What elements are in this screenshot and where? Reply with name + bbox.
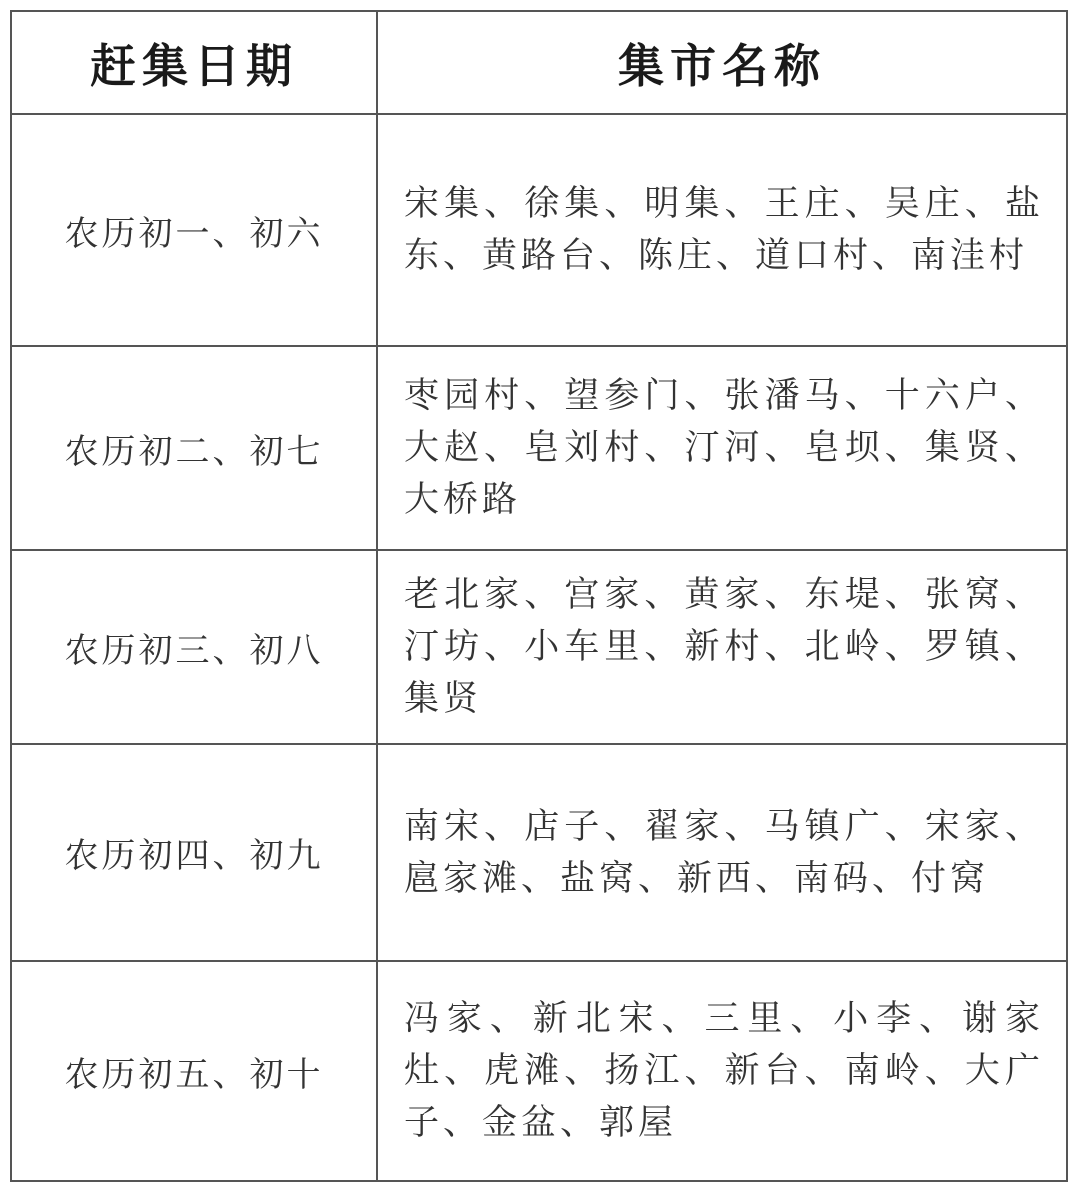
row-date: 农历初二、初七 [11, 346, 377, 550]
market-schedule-table: 赶集日期 集市名称 农历初一、初六 宋集、徐集、明集、王庄、吴庄、盐东、黄路台、… [10, 10, 1068, 1182]
table-row: 农历初三、初八 老北家、宫家、黄家、东堤、张窝、汀坊、小车里、新村、北岭、罗镇、… [11, 550, 1067, 744]
header-row: 赶集日期 集市名称 [11, 11, 1067, 114]
row-markets: 冯家、新北宋、三里、小李、谢家灶、虎滩、扬江、新台、南岭、大广子、金盆、郭屋 [377, 961, 1067, 1181]
header-market-date: 赶集日期 [11, 11, 377, 114]
row-markets: 宋集、徐集、明集、王庄、吴庄、盐东、黄路台、陈庄、道口村、南洼村 [377, 114, 1067, 346]
row-date: 农历初三、初八 [11, 550, 377, 744]
header-market-name: 集市名称 [377, 11, 1067, 114]
table-row: 农历初二、初七 枣园村、望参门、张潘马、十六户、大赵、皂刘村、汀河、皂坝、集贤、… [11, 346, 1067, 550]
table-row: 农历初一、初六 宋集、徐集、明集、王庄、吴庄、盐东、黄路台、陈庄、道口村、南洼村 [11, 114, 1067, 346]
row-date: 农历初五、初十 [11, 961, 377, 1181]
row-date: 农历初四、初九 [11, 744, 377, 961]
row-markets: 枣园村、望参门、张潘马、十六户、大赵、皂刘村、汀河、皂坝、集贤、大桥路 [377, 346, 1067, 550]
row-date: 农历初一、初六 [11, 114, 377, 346]
row-markets: 南宋、店子、翟家、马镇广、宋家、扈家滩、盐窝、新西、南码、付窝 [377, 744, 1067, 961]
table-row: 农历初四、初九 南宋、店子、翟家、马镇广、宋家、扈家滩、盐窝、新西、南码、付窝 [11, 744, 1067, 961]
row-markets: 老北家、宫家、黄家、东堤、张窝、汀坊、小车里、新村、北岭、罗镇、集贤 [377, 550, 1067, 744]
table-row: 农历初五、初十 冯家、新北宋、三里、小李、谢家灶、虎滩、扬江、新台、南岭、大广子… [11, 961, 1067, 1181]
